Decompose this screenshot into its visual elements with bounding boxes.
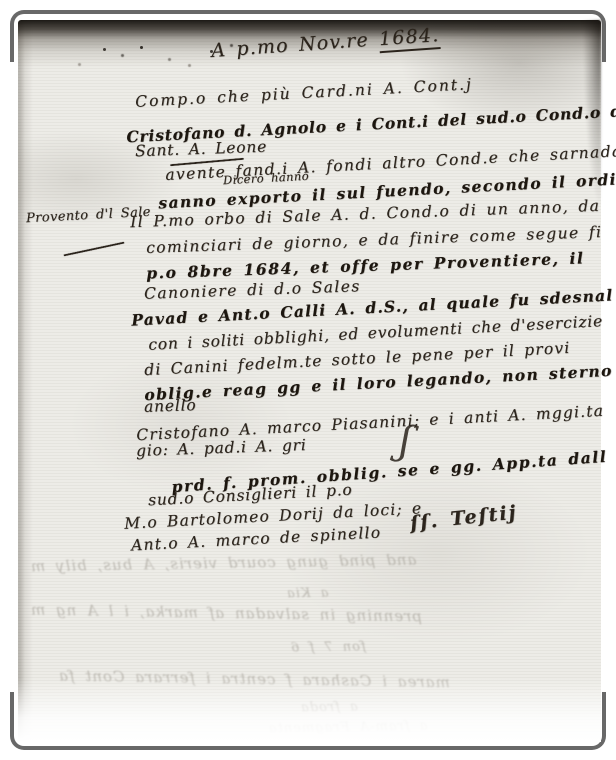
handwritten-text-layer: A p.mo Nov.re 1684. Provento d'l Sale Co… — [18, 20, 601, 742]
date-heading-year: 1684. — [378, 24, 440, 53]
date-heading-prefix: A p.mo Nov.re — [211, 29, 370, 62]
manuscript-line: anello — [144, 396, 197, 416]
bleedthrough-line: a Kia — [286, 586, 329, 602]
bleedthrough-line: fon 7 f 6 — [290, 639, 366, 655]
notary-signature: ſſ. Teſtij — [409, 501, 518, 534]
manuscript-line: Cristofano A. marco Piasanini; e i anti … — [136, 402, 605, 444]
margin-note-underline-stroke — [63, 242, 124, 257]
manuscript-line: Comp.o che più Card.ni A. Cont.j — [135, 75, 473, 111]
manuscript-page: A p.mo Nov.re 1684. Provento d'l Sale Co… — [18, 20, 601, 742]
scan-bottom-fade — [18, 678, 601, 742]
manuscript-line: Sant. A. Leone — [135, 138, 268, 161]
manuscript-scan-viewport: A p.mo Nov.re 1684. Provento d'l Sale Co… — [0, 0, 616, 760]
date-heading: A p.mo Nov.re 1684. — [211, 24, 441, 62]
